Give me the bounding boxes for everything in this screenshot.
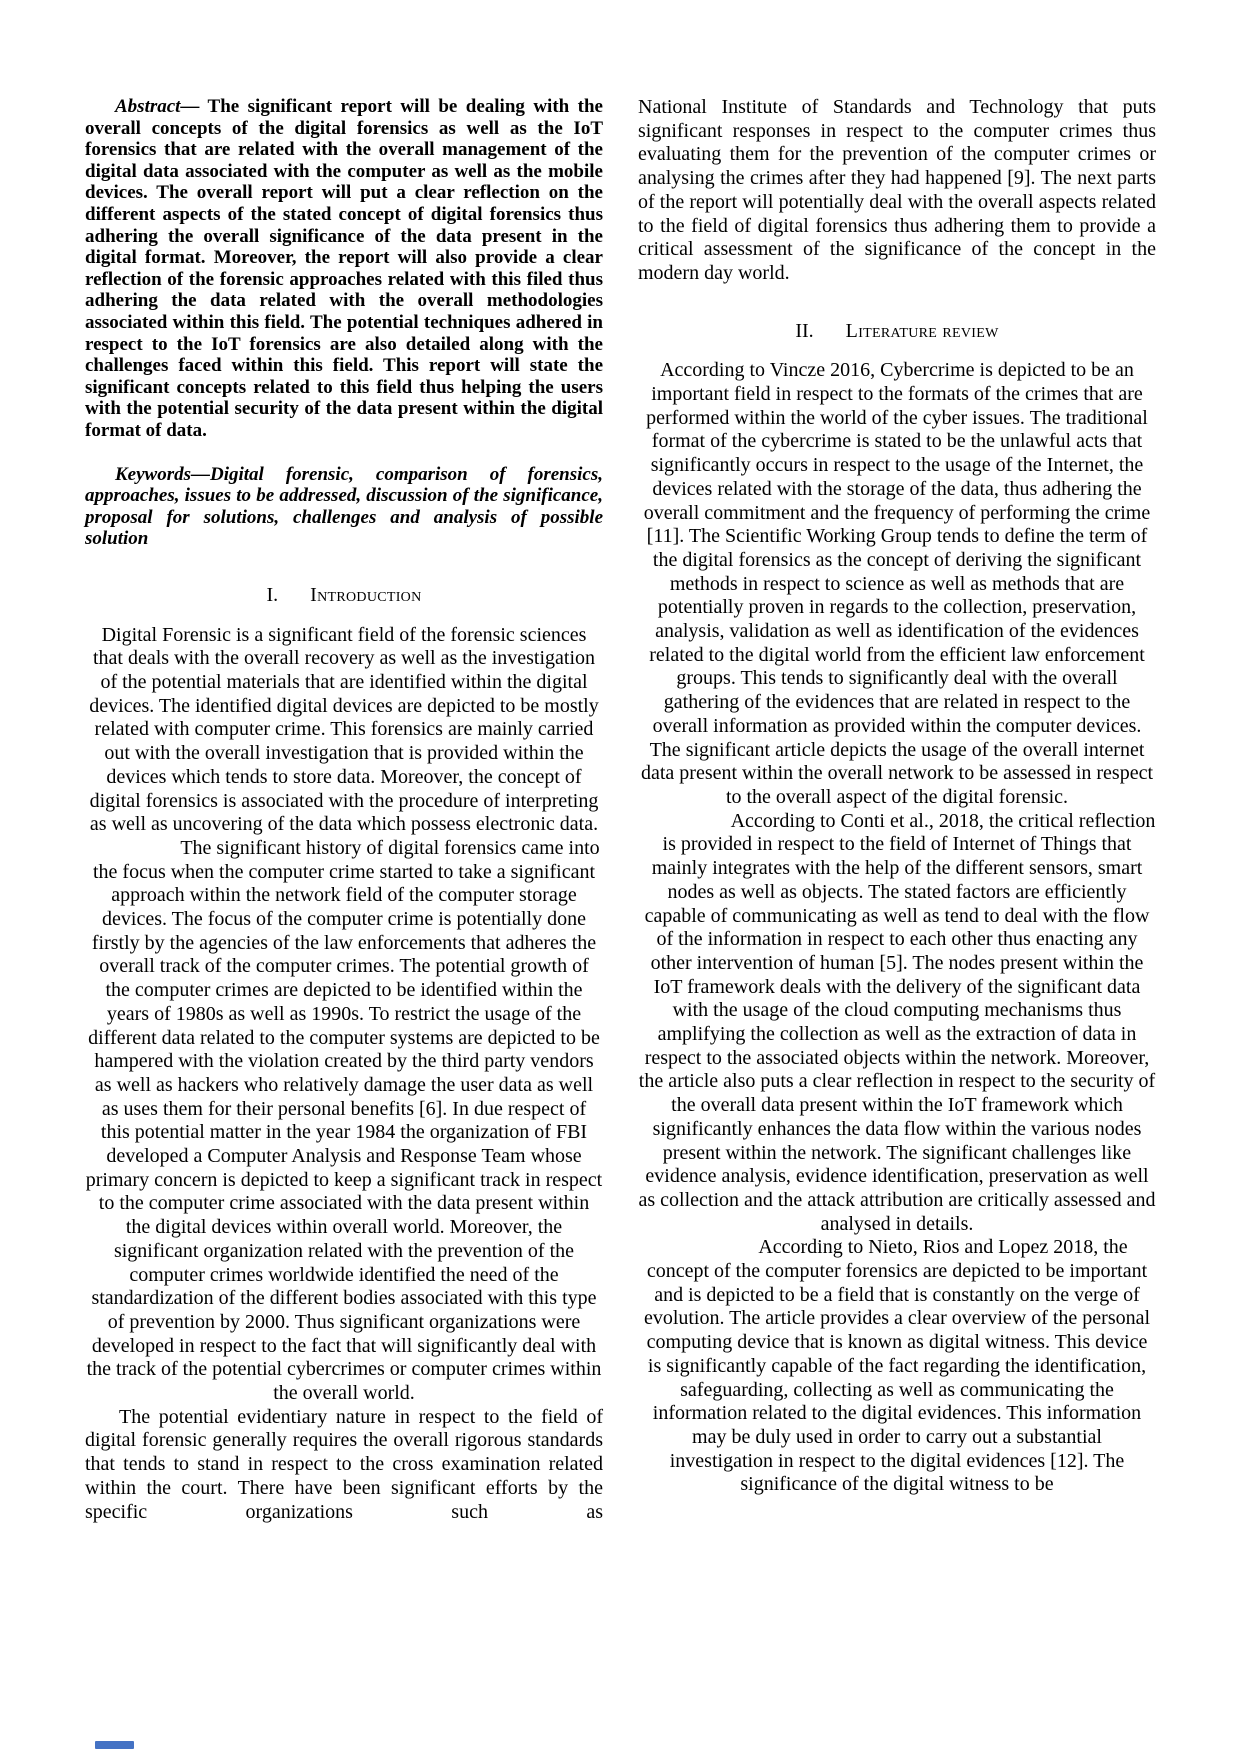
introduction-paragraph-4-continued: National Institute of Standards and Tech… bbox=[638, 96, 1156, 286]
footer-link-fragment bbox=[95, 1741, 134, 1749]
introduction-paragraph-2: The significant history of digital foren… bbox=[85, 837, 603, 1406]
section-title: Literature review bbox=[846, 320, 999, 342]
abstract-paragraph: Abstract— The significant report will be… bbox=[85, 96, 603, 442]
introduction-paragraph-3: The potential evidentiary nature in resp… bbox=[85, 1406, 603, 1525]
section-number: I. bbox=[266, 584, 278, 608]
section-heading-literature-review: II.Literature review bbox=[638, 320, 1156, 344]
keywords-label: Keywords— bbox=[115, 464, 210, 485]
two-column-layout: Abstract— The significant report will be… bbox=[85, 96, 1156, 1524]
literature-review-paragraph-2: According to Conti et al., 2018, the cri… bbox=[638, 810, 1156, 1237]
abstract-text: The significant report will be dealing w… bbox=[85, 96, 603, 441]
section-number: II. bbox=[795, 320, 813, 344]
left-column: Abstract— The significant report will be… bbox=[85, 96, 603, 1524]
section-heading-introduction: I.Introduction bbox=[85, 584, 603, 608]
document-page: Abstract— The significant report will be… bbox=[0, 0, 1241, 1754]
introduction-paragraph-1: Digital Forensic is a significant field … bbox=[85, 624, 603, 837]
right-column: National Institute of Standards and Tech… bbox=[638, 96, 1156, 1524]
keywords-paragraph: Keywords—Digital forensic, comparison of… bbox=[85, 464, 603, 550]
literature-review-paragraph-3: According to Nieto, Rios and Lopez 2018,… bbox=[638, 1236, 1156, 1497]
section-title: Introduction bbox=[310, 584, 421, 606]
abstract-label: Abstract— bbox=[115, 96, 199, 117]
literature-review-paragraph-1: According to Vincze 2016, Cybercrime is … bbox=[638, 359, 1156, 809]
